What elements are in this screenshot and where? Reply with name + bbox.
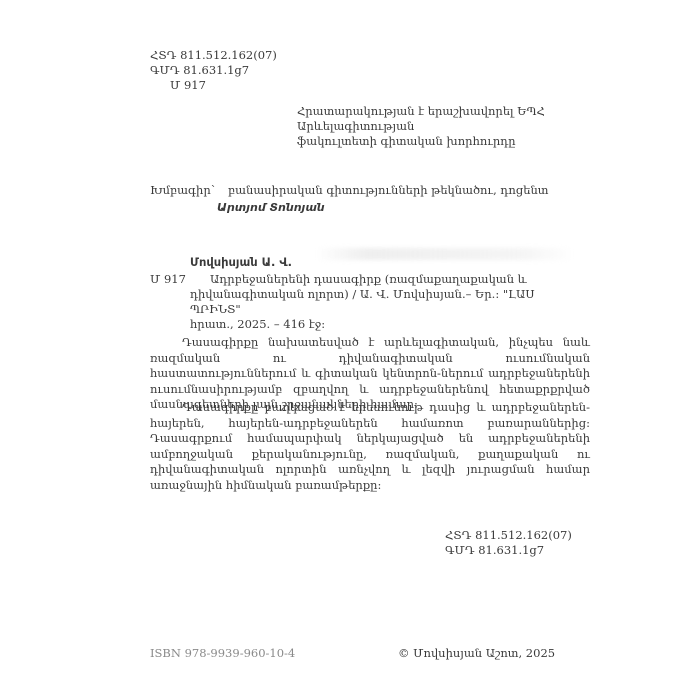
udc-code: ՀՏԴ 811.512.162(07) [150, 48, 277, 63]
record-line: դիվանագիտական ոլորտ) / Ա. Վ. Մովսիսյան.–… [190, 287, 580, 317]
copyright: © Մովսիսյան Աշոտ, 2025 [398, 646, 555, 661]
editor-label: Խմբագիր՝ [150, 183, 228, 198]
approval-line: Արևելագիտության [297, 119, 545, 134]
editor-row: Խմբագիր՝բանասիրական գիտությունների թեկնա… [150, 183, 548, 198]
approval-line: Հրատարակության է երաշխավորել ԵՊՀ [297, 104, 545, 119]
editor-title: բանասիրական գիտությունների թեկնածու, դոց… [228, 183, 548, 197]
classification-codes-top: ՀՏԴ 811.512.162(07) ԳՄԴ 81.631.1g7 Մ 917 [150, 48, 277, 93]
bleed-through-text [315, 248, 575, 260]
udc-code: ՀՏԴ 811.512.162(07) [445, 528, 572, 543]
record-line: հրատ., 2025. – 416 էջ: [190, 317, 580, 332]
lbc-code: ԳՄԴ 81.631.1g7 [445, 543, 572, 558]
editor-name: Արտյոմ Տոնոյան [217, 201, 325, 214]
abstract-paragraph-2: Դասագիրքը բաղկացած է երեսունութ դասից և … [150, 400, 590, 493]
bibliographic-record: Ադրբեջաներենի դասագիրք (ռազմաքաղաքական և… [190, 272, 580, 332]
approval-line: ֆակուլտետի գիտական խորհուրդը [297, 134, 545, 149]
record-line: Ադրբեջաներենի դասագիրք (ռազմաքաղաքական և [190, 272, 580, 287]
record-author: Մովսիսյան Ա. Վ. [190, 255, 292, 269]
publication-approval: Հրատարակության է երաշխավորել ԵՊՀ Արևելագ… [297, 104, 545, 149]
classification-codes-bottom: ՀՏԴ 811.512.162(07) ԳՄԴ 81.631.1g7 [445, 528, 572, 558]
book-imprint-page: ՀՏԴ 811.512.162(07) ԳՄԴ 81.631.1g7 Մ 917… [0, 0, 700, 700]
isbn: ISBN 978-9939-960-10-4 [150, 646, 295, 661]
author-mark: Մ 917 [150, 78, 277, 93]
abstract-text: Դասագիրքը բաղկացած է երեսունութ դասից և … [150, 400, 590, 493]
lbc-code: ԳՄԴ 81.631.1g7 [150, 63, 277, 78]
record-code: Մ 917 [150, 272, 186, 287]
